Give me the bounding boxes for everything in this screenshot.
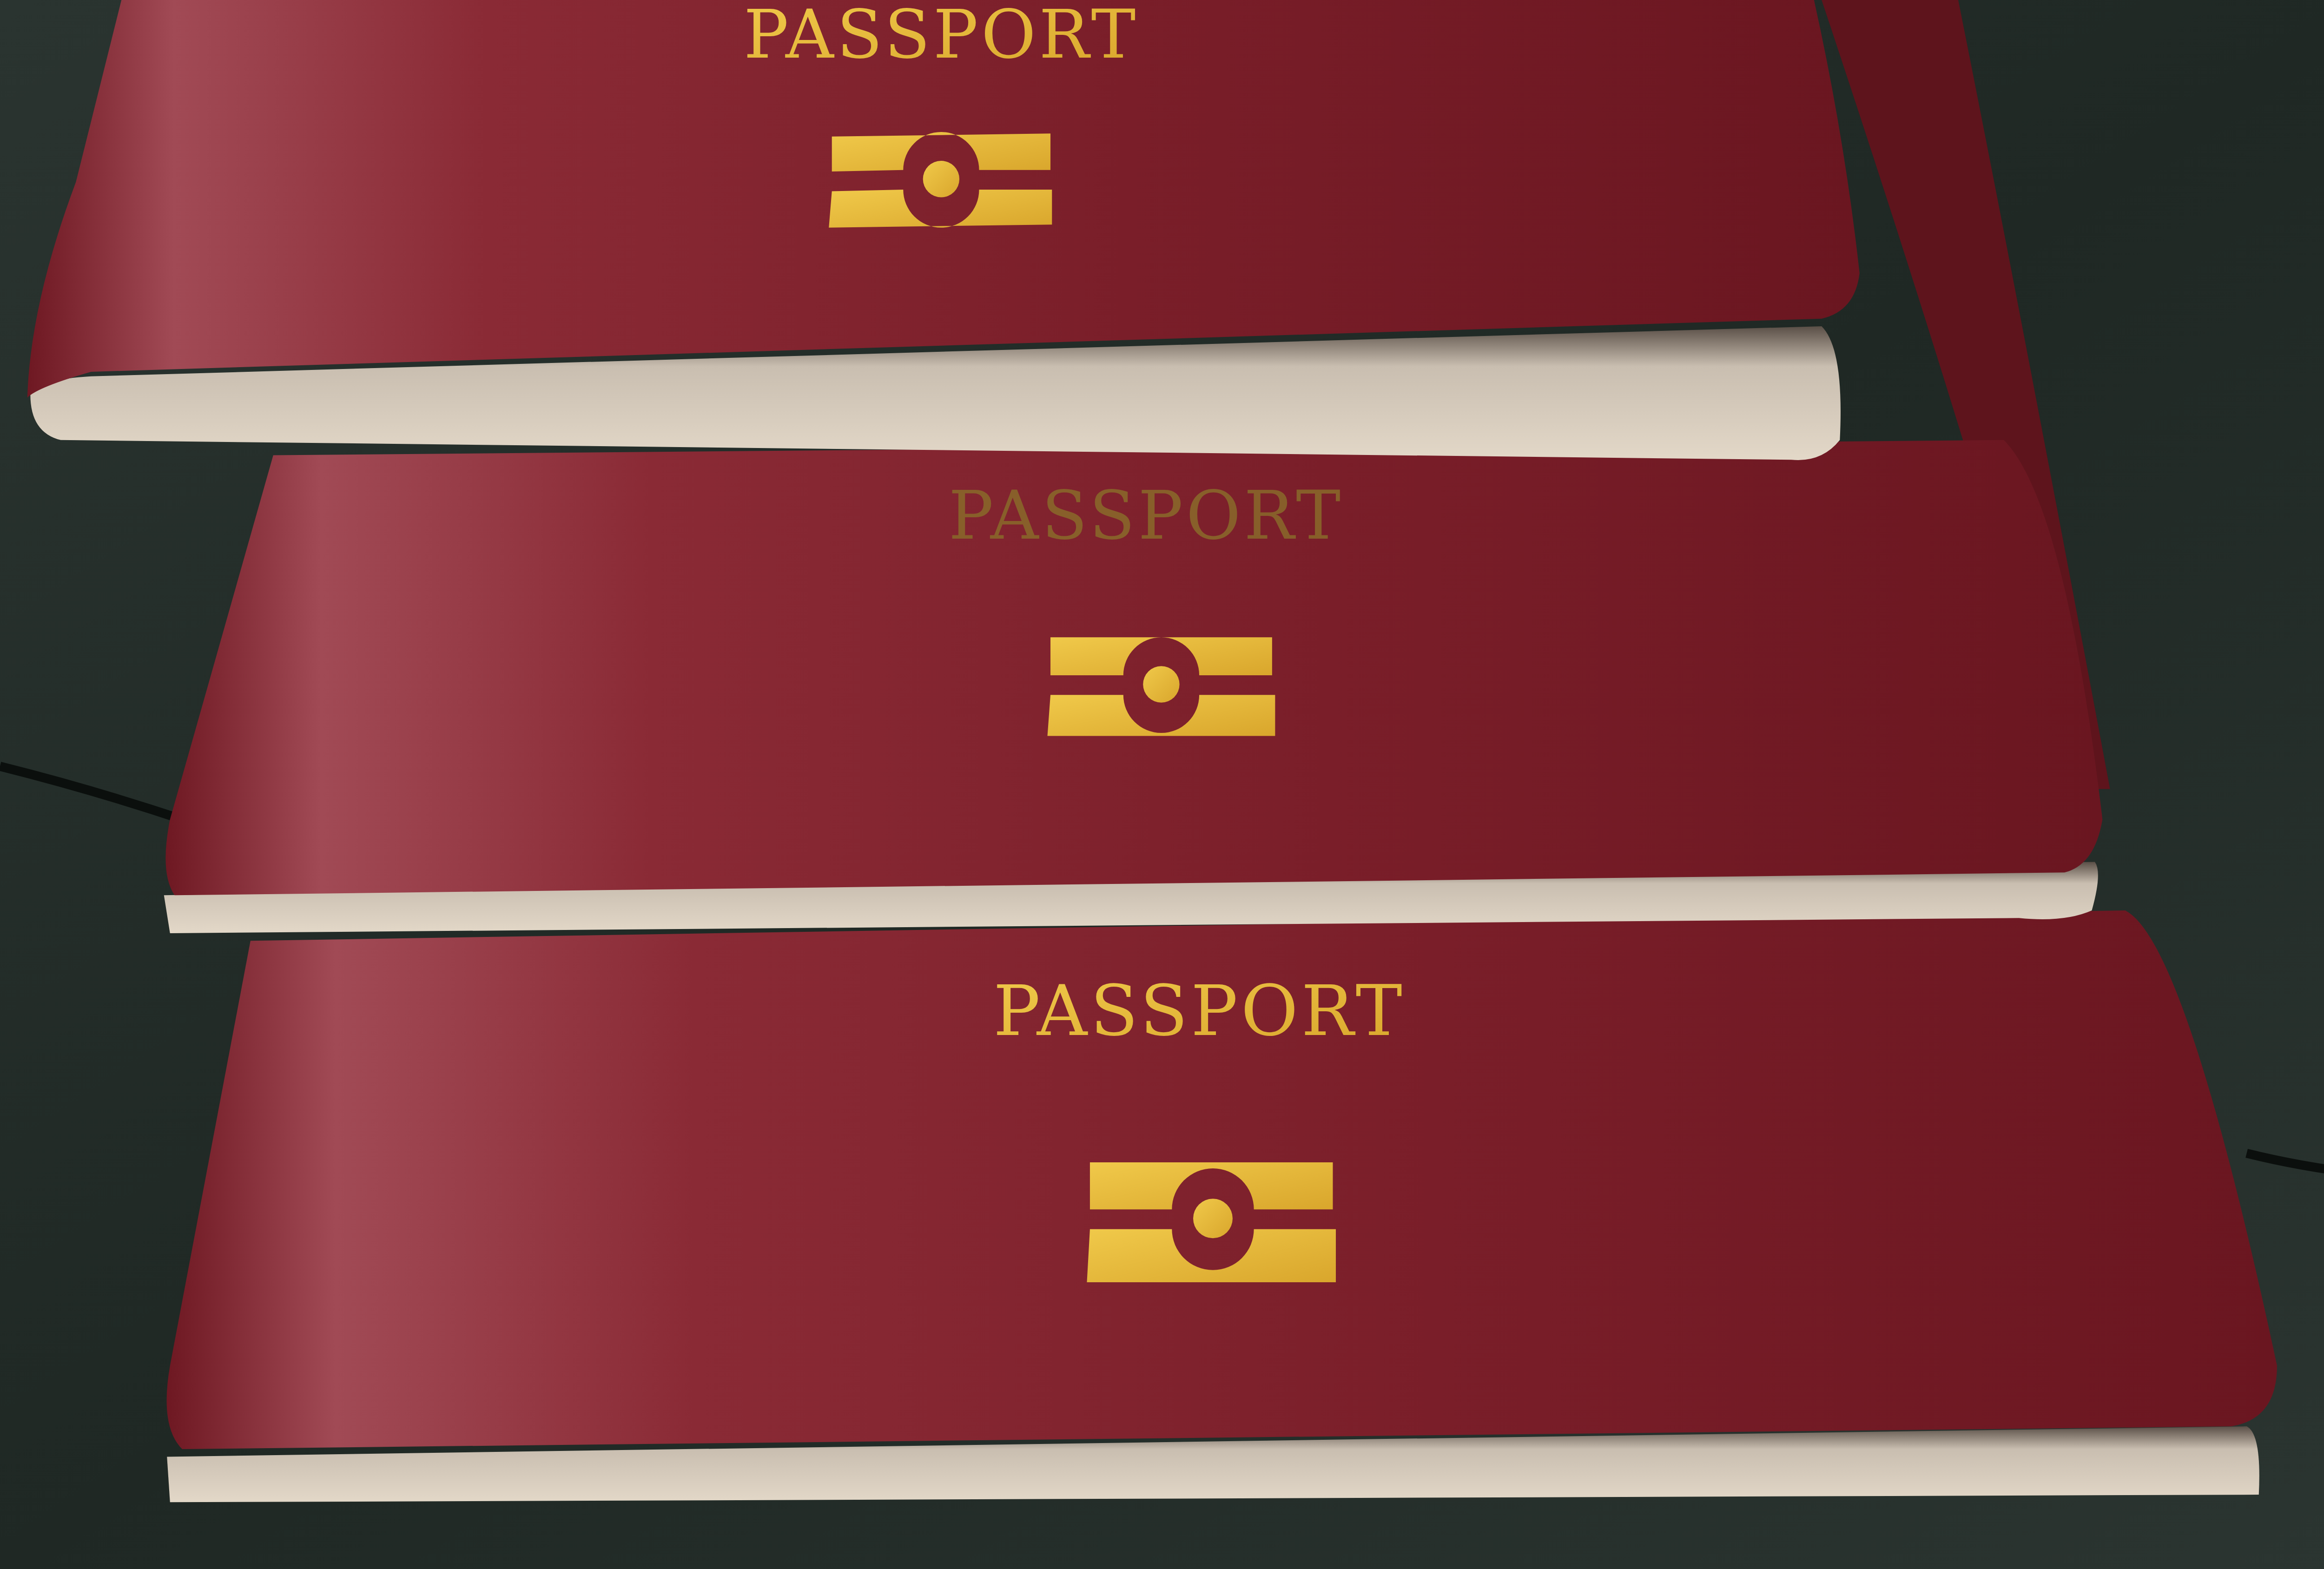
passport-top-title: PASSPORT [744, 0, 1139, 73]
passport-middle-title: PASSPORT [949, 477, 1344, 554]
passport-middle: PASSPORT [164, 440, 2103, 933]
passport-bottom-title: PASSPORT [993, 971, 1405, 1052]
passport-top: PASSPORT [27, 0, 1860, 460]
passports-photo: PASSPORT PASSPORT PASSPORT [0, 0, 2324, 1569]
passport-bottom: PASSPORT [167, 910, 2277, 1502]
